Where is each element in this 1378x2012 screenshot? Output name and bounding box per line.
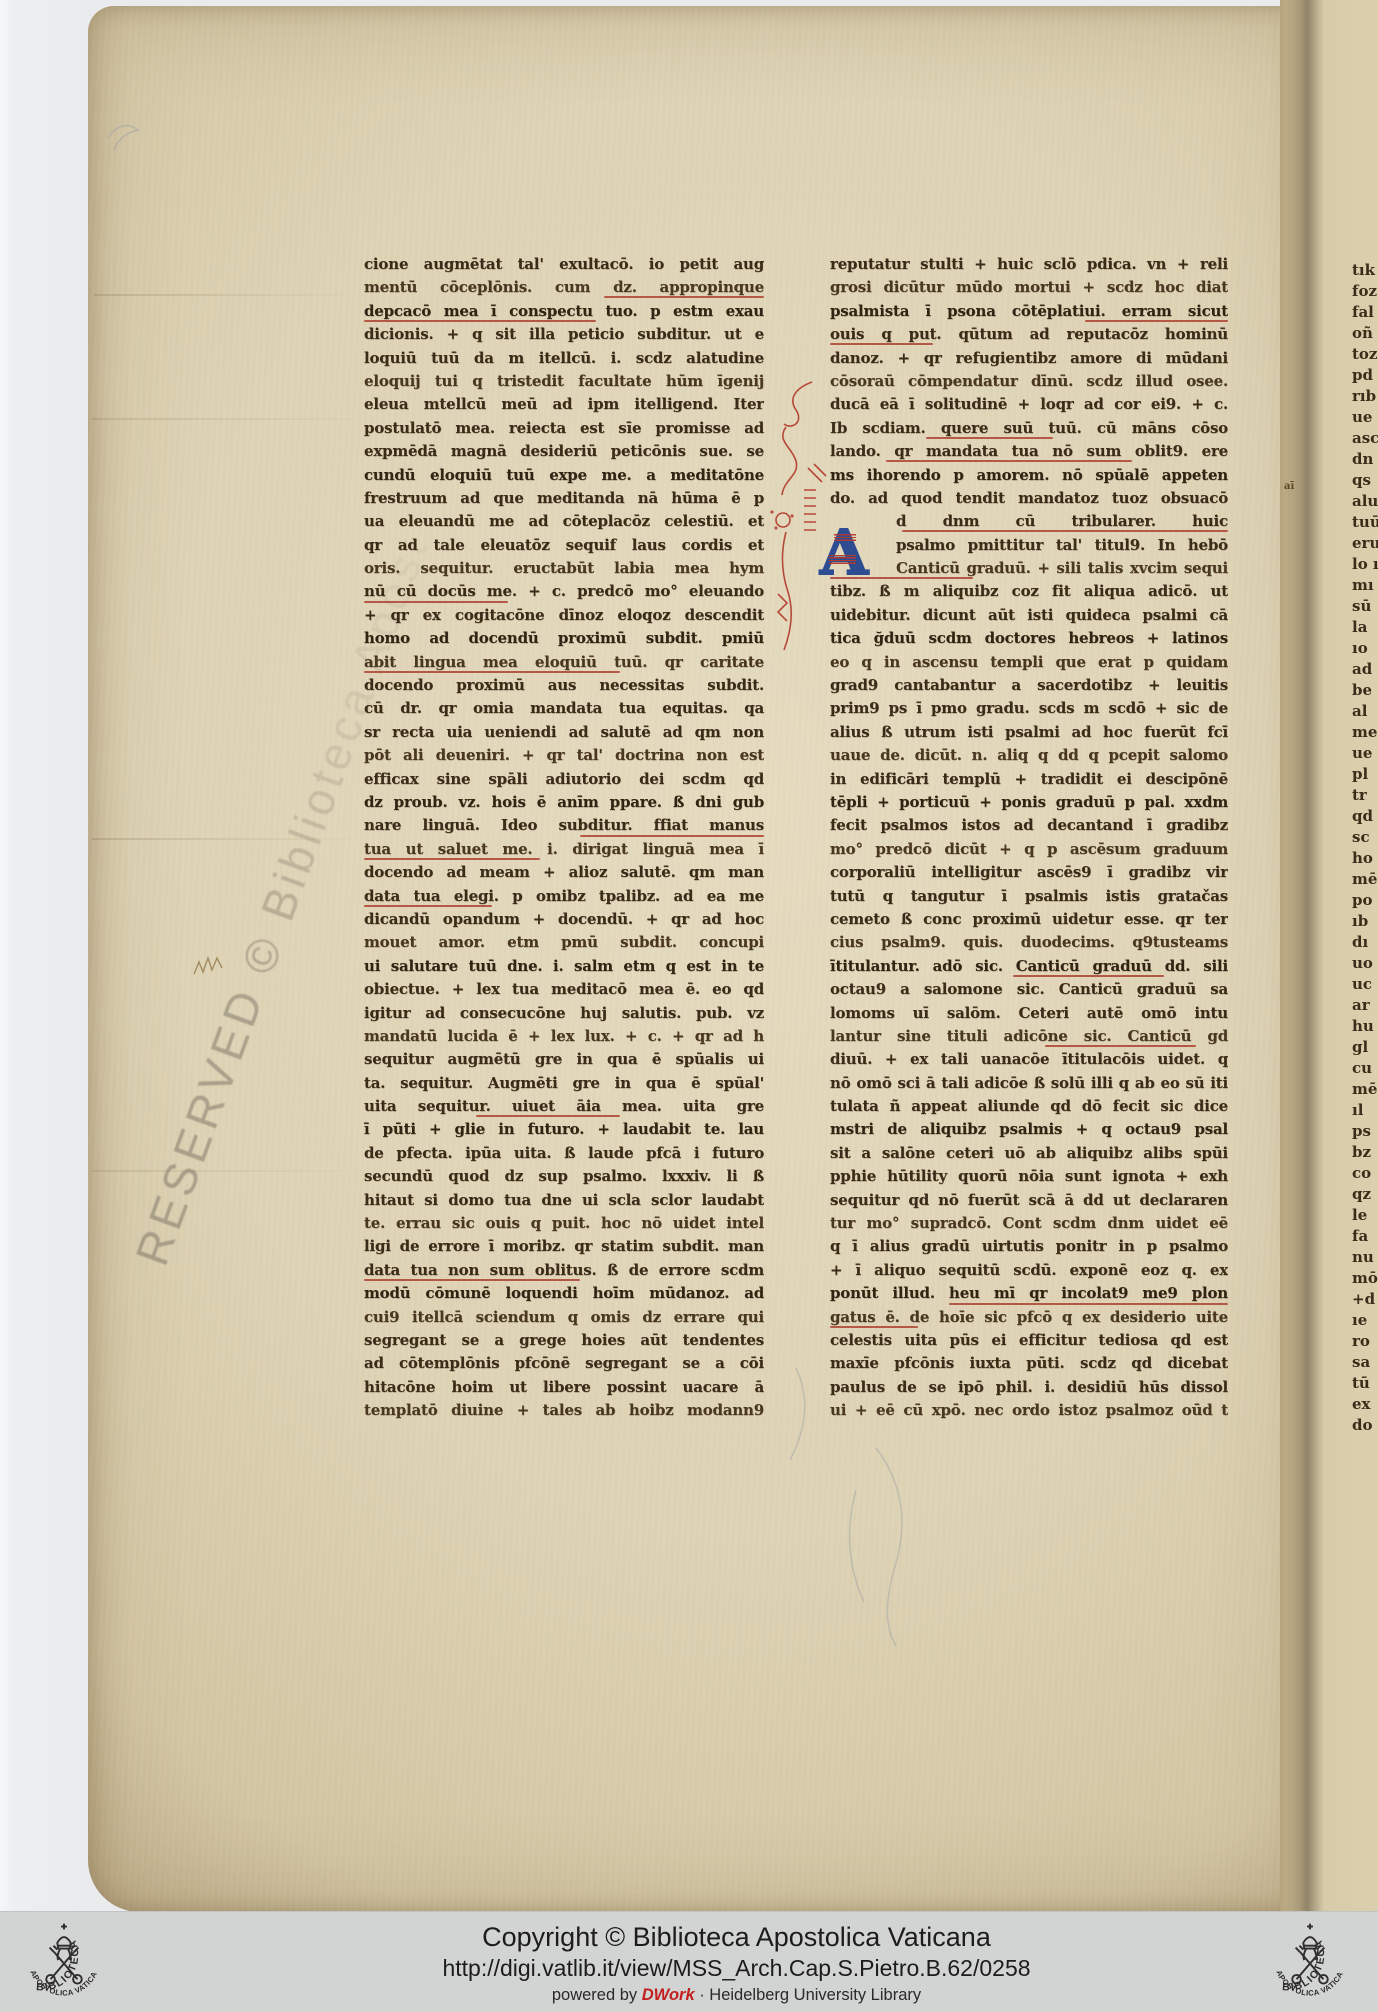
manuscript-line: mo° predcō dicūt + q p ascēsum graduum [830, 838, 1228, 861]
manuscript-line: ms ihorendo p amorem. nō spūalē appeten [830, 464, 1228, 487]
manuscript-line: hitacōne hoim ut libere possint uacare ā [364, 1376, 764, 1399]
adjacent-folio-line-fragment: qd [1352, 806, 1378, 827]
manuscript-line: + ī aliquo sequitū scdū. exponē eoz q. e… [830, 1259, 1228, 1282]
adjacent-folio-line-fragment: bz [1352, 1142, 1378, 1163]
manuscript-line: sit a salōne ceteri uō ab aliquibz alibs… [830, 1142, 1228, 1165]
manuscript-line: mstri de aliquibz psalmis + q octau9 psa… [830, 1118, 1228, 1141]
adjacent-folio-line-fragment: uo [1352, 953, 1378, 974]
manuscript-line: igitur ad consecucōne huj salutis. pub. … [364, 1002, 764, 1025]
adjacent-folio-line-fragment: ıo [1352, 638, 1378, 659]
manuscript-line: homo ad docendū proximū subdit. pmiū [364, 627, 764, 650]
manuscript-line: tibz. ß m aliquibz coz fit aliqua adicō.… [830, 580, 1228, 603]
initial-red-hatch [829, 555, 856, 565]
adjacent-folio-line-fragment: ho [1352, 848, 1378, 869]
initial-letter: A [820, 516, 868, 589]
fold-crease [92, 418, 392, 420]
manuscript-line: obiectue. + lex tua meditacō mea ē. eo q… [364, 978, 764, 1001]
fold-crease [92, 1170, 382, 1172]
manuscript-line: grad9 cantabantur a sacerdotibz + leuiti… [830, 674, 1228, 697]
manuscript-line: secundū quod dz sup psalmo. lxxxiv. li ß [364, 1165, 764, 1188]
illuminated-initial: A [816, 518, 872, 588]
footer-text: Copyright © Biblioteca Apostolica Vatica… [130, 1921, 1248, 2007]
adjacent-folio-line-fragment: mē [1352, 869, 1378, 890]
rubric-underline [886, 460, 1133, 462]
adjacent-folio-line-fragment: do [1352, 1415, 1378, 1436]
adjacent-folio-line-fragment: me [1352, 722, 1378, 743]
adjacent-folio-line-fragment: oñ [1352, 323, 1378, 344]
adjacent-folio-line-fragment: alu [1352, 491, 1378, 512]
adjacent-folio-line-fragment: gl [1352, 1037, 1378, 1058]
manuscript-line: loquiū tuū da m itellcū. i. scdz alatudi… [364, 347, 764, 370]
adjacent-folio-line-fragment: tr [1352, 785, 1378, 806]
manuscript-line: oris. sequitur. eructabūt labia mea hym [364, 557, 764, 580]
text-column-left: cione augmētat tal' exultacō. io petit a… [364, 253, 764, 1423]
manuscript-line: ua eleuandū me ad cōteplacōz celestiū. e… [364, 510, 764, 533]
adjacent-folio-line-fragment: lo ı [1352, 554, 1378, 575]
dwork-brand: DWork [642, 1986, 695, 2004]
adjacent-folio-line-fragment: fal [1352, 302, 1378, 323]
manuscript-line: lomoms uī salōm. Ceteri autē omō intu [830, 1002, 1228, 1025]
adjacent-folio-line-fragment: foz [1352, 281, 1378, 302]
adjacent-folio-line-fragment: nu [1352, 1247, 1378, 1268]
manuscript-line: eloquij tui q tristedit facultate hūm īg… [364, 370, 764, 393]
manuscript-line: tutū q tangutur ī psalmis istis gratačas [830, 885, 1228, 908]
adjacent-folio-line-fragment: tū [1352, 1373, 1378, 1394]
manuscript-line: frestruum ad que meditanda nā hūma ē p [364, 487, 764, 510]
manuscript-line: cius psalm9. quis. duodecims. q9tusteams [830, 931, 1228, 954]
adjacent-folio-line-fragment: ex [1352, 1394, 1378, 1415]
adjacent-folio-line-fragment: tuū [1352, 512, 1378, 533]
manuscript-line: ta. sequitur. Augmēti gre in qua ē spūal… [364, 1072, 764, 1095]
manuscript-line: qr ad tale eleuatōz sequif laus cordis e… [364, 534, 764, 557]
rubric-underline [364, 671, 620, 673]
manuscript-line: expmēdā magnā desideriū peticōnis sue. s… [364, 440, 764, 463]
manuscript-line: sequitur qd nō fuerūt scā ā dd ut declar… [830, 1189, 1228, 1212]
rubric-underline [830, 343, 933, 345]
manuscript-line: cōsoraū cōmpendatur dīnū. scdz illud ose… [830, 370, 1228, 393]
manuscript-line: de pfecta. ipūa uita. ß laude pfcā i fut… [364, 1142, 764, 1165]
manuscript-line: fecit psalmos istos ad decantand ī gradi… [830, 814, 1228, 837]
rubric-underline [364, 1279, 580, 1281]
adjacent-folio-line-fragment: ps [1352, 1121, 1378, 1142]
manuscript-line: ad cōtemplōnis pfcōnē segregant se a cōi [364, 1352, 764, 1375]
adjacent-folio-line-fragment: fa [1352, 1226, 1378, 1247]
manuscript-line: uidebitur. dicunt aūt isti quideca psalm… [830, 604, 1228, 627]
manuscript-line: nō omō sci ā tali adicōe ß solū illi q a… [830, 1072, 1228, 1095]
manuscript-line: ligi de errore ī moribz. qr statim subdi… [364, 1235, 764, 1258]
rubric-underline [1013, 975, 1164, 977]
adjacent-folio-line-fragment: ro [1352, 1331, 1378, 1352]
manuscript-line: octau9 a salomone sic. Canticū graduū sa [830, 978, 1228, 1001]
adjacent-folio-line-fragment: mō [1352, 1268, 1378, 1289]
adjacent-folio-line-fragment: le [1352, 1205, 1378, 1226]
adjacent-folio-line-fragment: ad [1352, 659, 1378, 680]
adjacent-folio-line-fragment: ıl [1352, 1100, 1378, 1121]
manuscript-line: danoz. + qr refugientibz amore di mūdani [830, 347, 1228, 370]
manuscript-line: + qr ex cogitacōne dīnoz eloqoz descendi… [364, 604, 764, 627]
manuscript-line: ui + eē cū xpō. nec ordo istoz psalmoz o… [830, 1399, 1228, 1422]
adjacent-folio-line-fragment: mı [1352, 575, 1378, 596]
adjacent-folio-line-fragment: hu [1352, 1016, 1378, 1037]
adjacent-folio-line-fragment: dn [1352, 449, 1378, 470]
rubric-underline [580, 835, 764, 837]
manuscript-line: modū cōmunē loquendi hoīm mūdanoz. ad [364, 1282, 764, 1305]
rubric-underline [830, 1326, 918, 1328]
rubric-underline [926, 437, 1053, 439]
manuscript-line: psalmo pmittitur tal' titul9. In hebō [830, 534, 1228, 557]
manuscript-line: te. errau sic ouis q puit. hoc nō uidet … [364, 1212, 764, 1235]
adjacent-folio-line-fragment: cu [1352, 1058, 1378, 1079]
adjacent-folio-line-fragment: ıb [1352, 911, 1378, 932]
adjacent-folio-line-fragment: co [1352, 1163, 1378, 1184]
adjacent-folio-line-fragment: tık [1352, 260, 1378, 281]
manuscript-line: grosi dicūtur mūdo mortui + scdz hoc dia… [830, 276, 1228, 299]
manuscript-line: tulata ñ appeat aliunde qd dō fecit sic … [830, 1095, 1228, 1118]
adjacent-folio-line-fragment: la [1352, 617, 1378, 638]
manuscript-line: cione augmētat tal' exultacō. io petit a… [364, 253, 764, 276]
rubric-underline [1085, 320, 1228, 322]
footer-powered-by: powered by DWork · Heidelberg University… [225, 1983, 1248, 2007]
manuscript-line: eleua mtellcū meū ad ipm itelligend. Ite… [364, 393, 764, 416]
adjacent-folio-line-fragment: toz [1352, 344, 1378, 365]
rubric-underline [949, 1303, 1228, 1305]
adjacent-folio-line-fragment: sa [1352, 1352, 1378, 1373]
footer-copyright: Copyright © Biblioteca Apostolica Vatica… [225, 1921, 1248, 1953]
adjacent-folio-line-fragment: be [1352, 680, 1378, 701]
manuscript-line: pphie hūtility quorū nōia sunt ignota + … [830, 1165, 1228, 1188]
manuscript-line: uaue de. dicūt. n. aliq q dd q pcepit sa… [830, 744, 1228, 767]
manuscript-line: tur mo° supradcō. Cont scdm dnm uidet eē [830, 1212, 1228, 1235]
manuscript-line: mouet amor. etm pmū subdit. concupi [364, 931, 764, 954]
manuscript-line: tica ğduū scdm doctores hebreos + latino… [830, 627, 1228, 650]
adjacent-folio-line-fragment: rıb [1352, 386, 1378, 407]
adjacent-folio-line-fragment: al [1352, 701, 1378, 722]
manuscript-line: ui salutare tuū dne. i. salm etm q est i… [364, 955, 764, 978]
adjacent-folio-line-fragment: qz [1352, 1184, 1378, 1205]
manuscript-line: reputatur stulti + huic sclō pdica. vn +… [830, 253, 1228, 276]
rubric-underline [364, 905, 492, 907]
manuscript-line: dz proub. vz. hois ē anīm ppare. ß dni g… [364, 791, 764, 814]
manuscript-line: in edificāri templū + tradidit ei descip… [830, 768, 1228, 791]
manuscript-line: cui9 itellcā sciendum q omis dz errare q… [364, 1306, 764, 1329]
manuscript-line: segregant se a grege hoies aūt tendentes [364, 1329, 764, 1352]
rubric-underline [364, 858, 540, 860]
manuscript-line: sequitur augmētū gre in qua ē spūalis ui [364, 1048, 764, 1071]
adjacent-folio-line-fragment: +d [1352, 1289, 1378, 1310]
manuscript-line: ī pūti + glie in futuro. + laudabit te. … [364, 1118, 764, 1141]
text-column-right: reputatur stulti + huic sclō pdica. vn +… [830, 253, 1228, 1423]
adjacent-folio-line-fragment: sc [1352, 827, 1378, 848]
manuscript-line: cemeto ß conc proximū uidetur esse. qr t… [830, 908, 1228, 931]
scanned-manuscript-image: tıkfozfaloñtozpdrıbueascdnqsalutuūerulo … [0, 0, 1378, 2012]
manuscript-line: prim9 ps ī pmo gradu. scds m scdō + sic … [830, 697, 1228, 720]
manuscript-line: templatō diuine + tales ab hoibz modann9 [364, 1399, 764, 1422]
adjacent-folio-line-fragment: ıe [1352, 1310, 1378, 1331]
manuscript-line: hitaut si domo tua dne ui scla sclor lau… [364, 1189, 764, 1212]
adjacent-folio-line-fragment: ue [1352, 407, 1378, 428]
manuscript-line: mandatū lucida ē + lex lux. + c. + qr ad… [364, 1025, 764, 1048]
manuscript-line: corporaliū intelligitur ascēs9 ī gradibz… [830, 861, 1228, 884]
adjacent-folio-line-fragment: asc [1352, 428, 1378, 449]
fold-crease [94, 294, 364, 296]
manuscript-line: cundū eloquiū tuū expe me. a meditatōne [364, 464, 764, 487]
adjacent-folio-line-fragment: dı [1352, 932, 1378, 953]
powered-prefix: powered by [552, 1986, 642, 2004]
initial-red-hatch [834, 533, 856, 542]
adjacent-folio-edge: tıkfozfaloñtozpdrıbueascdnqsalutuūerulo … [1280, 0, 1378, 1912]
manuscript-line: tēpli + porticuū + ponis graduū p pal. x… [830, 791, 1228, 814]
copyright-footer: BIBLIOTECA APOSTOLICA VATICANA Copyright… [0, 1911, 1378, 2012]
vatican-library-logo-left: BIBLIOTECA APOSTOLICA VATICANA [16, 1914, 112, 2010]
rubric-underline [1045, 1045, 1196, 1047]
adjacent-folio-line-fragment: mē [1352, 1079, 1378, 1100]
adjacent-folio-line-fragment: sū [1352, 596, 1378, 617]
manuscript-line: maxīe pfcōnis iuxta pūti. scdz qd diceba… [830, 1352, 1228, 1375]
rubric-underline [364, 601, 508, 603]
manuscript-line: diuū. + ex tali uanacōe ītitulacōis uide… [830, 1048, 1228, 1071]
manuscript-line: q ī alius gradū uirtutis ponitr in p psa… [830, 1235, 1228, 1258]
manuscript-line: efficax sine spāli adiutorio dei scdm qd [364, 768, 764, 791]
footer-url: http://digi.vatlib.it/view/MSS_Arch.Cap.… [225, 1953, 1248, 1983]
powered-suffix: · Heidelberg University Library [695, 1986, 922, 2004]
manuscript-line: paulus de se ipō phil. i. desidiū hūs di… [830, 1376, 1228, 1399]
adjacent-folio-line-fragment: ar [1352, 995, 1378, 1016]
manuscript-line: sr recta uia ueniendi ad salutē ad qm no… [364, 721, 764, 744]
adjacent-folio-line-fragment: ue [1352, 743, 1378, 764]
manuscript-line: ducā eā ī solitudinē + loqr ad cor ei9. … [830, 393, 1228, 416]
manuscript-line: alius ß utrum isti psalmi ad hoc fuerūt … [830, 721, 1228, 744]
manuscript-line: celestis uita pūs ei efficitur tediosa q… [830, 1329, 1228, 1352]
manuscript-line: pōt ali deueniri. + qr tal' doctrina non… [364, 744, 764, 767]
vatican-library-logo-right [1262, 1914, 1358, 2010]
manuscript-line: dicionis. + q sit illa peticio subditur.… [364, 323, 764, 346]
manuscript-line: dicandū opandum + docendū. + qr ad hoc [364, 908, 764, 931]
manuscript-line: do. ad quod tendit mandatoz tuoz obsuacō [830, 487, 1228, 510]
manuscript-line: postulatō mea. reiecta est sīe promisse … [364, 417, 764, 440]
adjacent-folio-line-fragment: pd [1352, 365, 1378, 386]
adjacent-folio-line-fragment: qs [1352, 470, 1378, 491]
manuscript-line: cū dr. qr omia mandata tua equitas. qa [364, 697, 764, 720]
rubric-underline [364, 320, 596, 322]
manuscript-line: docendo ad meam + alioz salutē. qm man [364, 861, 764, 884]
marginal-note: aī [1284, 482, 1294, 492]
adjacent-folio-line-fragment: pl [1352, 764, 1378, 785]
adjacent-folio-text: tıkfozfaloñtozpdrıbueascdnqsalutuūerulo … [1352, 260, 1378, 1436]
adjacent-folio-line-fragment: uc [1352, 974, 1378, 995]
adjacent-folio-line-fragment: eru [1352, 533, 1378, 554]
manuscript-line: docendo proximū aus necessitas subdit. [364, 674, 764, 697]
manuscript-line: eo q in ascensu templi que erat p quidam [830, 651, 1228, 674]
adjacent-folio-line-fragment: po [1352, 890, 1378, 911]
